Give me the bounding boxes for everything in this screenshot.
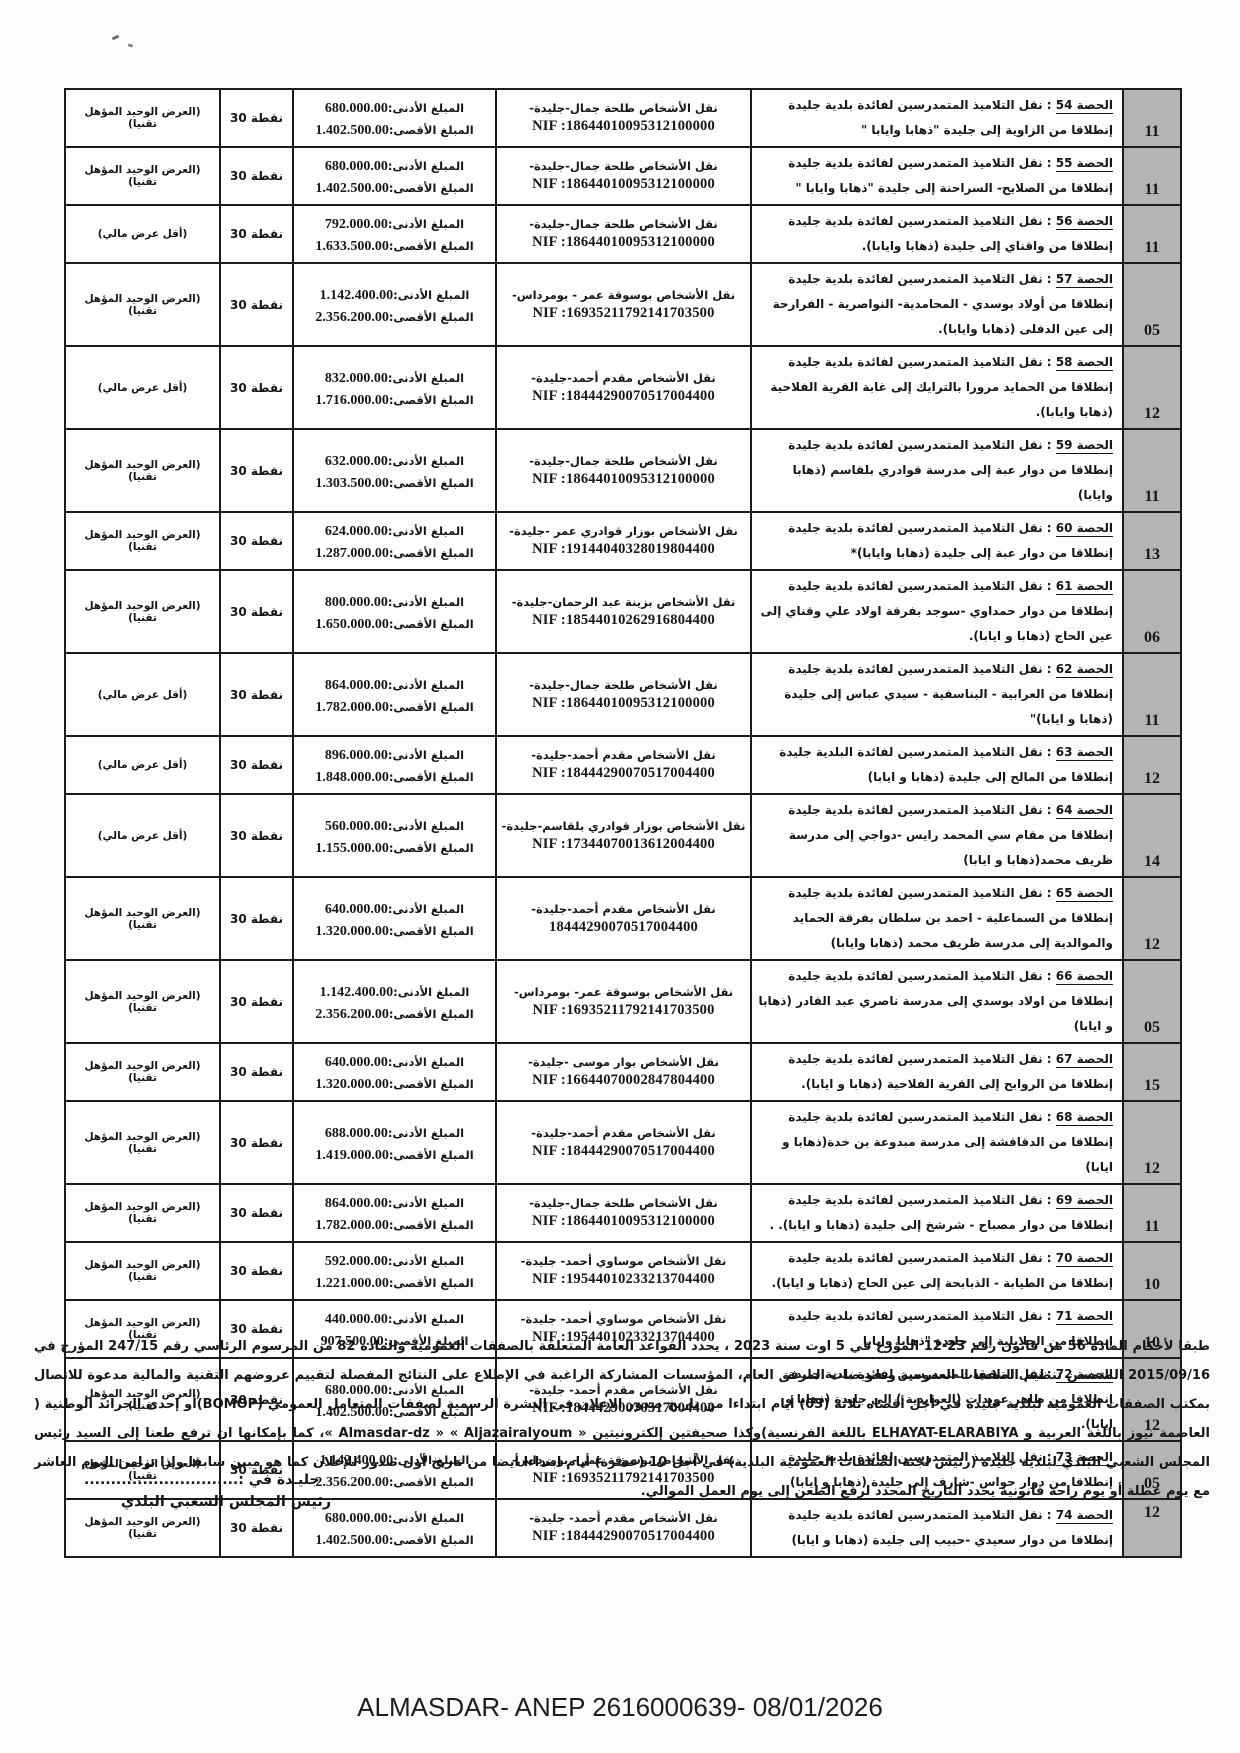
lot-description-cell: الحصة 67 : نقل التلاميذ المتمدرسين لفائد… xyxy=(750,1044,1122,1100)
max-amount-line: المبلغ الأقصى:1.155.000.00 xyxy=(298,837,491,857)
points-cell: 30 نقطة xyxy=(219,878,292,959)
min-amount-line: المبلغ الأدنى:792.000.00 xyxy=(298,213,491,233)
contractor-name: نقل الأشخاص طلحة جمال-جليدة- xyxy=(529,454,718,468)
lot-serial-number: 11 xyxy=(1144,1218,1159,1236)
table-row: 12 الحصة 68 : نقل التلاميذ المتمدرسين لف… xyxy=(66,1100,1180,1183)
contractor-cell: نقل الأشخاص طلحة جمال-جليدة- NIF :186440… xyxy=(495,1185,750,1241)
max-amount-value: 1.848.000.00 xyxy=(315,770,389,785)
points-value: 30 نقطة xyxy=(230,1206,283,1220)
observation-text: (العرض الوحيد المؤهل تقنيا) xyxy=(71,600,214,624)
contractor-name: نقل الأشخاص بزينة عبد الرحمان-جليدة- xyxy=(512,595,736,609)
scan-artifact xyxy=(112,35,120,41)
contractor-nif: NIF :16935211792141703500 xyxy=(532,1002,714,1019)
points-cell: 30 نقطة xyxy=(219,90,292,146)
points-cell: 30 نقطة xyxy=(219,513,292,569)
amounts-cell: المبلغ الأدنى:640.000.00 المبلغ الأقصى:1… xyxy=(292,1044,495,1100)
lot-description-cell: الحصة 66 : نقل التلاميذ المتمدرسين لفائد… xyxy=(750,961,1122,1042)
points-value: 30 نقطة xyxy=(230,381,283,395)
contractor-cell: نقل الأشخاص مقدم أحمد-جليدة- NIF :184442… xyxy=(495,1102,750,1183)
lot-serial-cell: 15 xyxy=(1122,1044,1180,1100)
contractor-nif: NIF :19544010233213704400 xyxy=(532,1271,715,1288)
observation-cell: (العرض الوحيد المؤهل تقنيا) xyxy=(66,264,219,345)
lot-serial-cell: 12 xyxy=(1122,1102,1180,1183)
table-row: 14 الحصة 64 : نقل التلاميذ المتمدرسين لف… xyxy=(66,793,1180,876)
contractor-name: نقل الأشخاص مقدم أحمد-جليدة- xyxy=(531,1126,715,1140)
min-amount-label: المبلغ الأدنى: xyxy=(388,1254,464,1268)
observation-cell: (أقل عرض مالي) xyxy=(66,654,219,735)
points-cell: 30 نقطة xyxy=(219,571,292,652)
min-amount-line: المبلغ الأدنى:680.000.00 xyxy=(298,1507,491,1527)
lot-serial-cell: 11 xyxy=(1122,206,1180,262)
max-amount-line: المبلغ الأقصى:1.848.000.00 xyxy=(298,766,491,786)
max-amount-value: 1.320.000.00 xyxy=(315,924,389,939)
observation-cell: (العرض الوحيد المؤهل تقنيا) xyxy=(66,1044,219,1100)
max-amount-line: المبلغ الأقصى:1.221.000.00 xyxy=(298,1272,491,1292)
min-amount-value: 632.000.00 xyxy=(325,454,388,469)
min-amount-label: المبلغ الأدنى: xyxy=(388,1055,464,1069)
lot-serial-number: 12 xyxy=(1144,770,1160,788)
lot-serial-number: 11 xyxy=(1144,488,1159,506)
observation-cell: (العرض الوحيد المؤهل تقنيا) xyxy=(66,513,219,569)
amounts-cell: المبلغ الأدنى:680.000.00 المبلغ الأقصى:1… xyxy=(292,90,495,146)
max-amount-label: المبلغ الأقصى: xyxy=(389,239,474,253)
amounts-cell: المبلغ الأدنى:632.000.00 المبلغ الأقصى:1… xyxy=(292,430,495,511)
lot-serial-cell: 12 xyxy=(1122,347,1180,428)
contractor-nif: NIF :19144040328019804400 xyxy=(532,541,715,558)
signature-block: جليـدة في :.............................… xyxy=(84,1472,424,1510)
lot-description-cell: الحصة 58 : نقل التلاميذ المتمدرسين لفائد… xyxy=(750,347,1122,428)
max-amount-line: المبلغ الأقصى:2.356.200.00 xyxy=(298,1003,491,1023)
points-value: 30 نقطة xyxy=(230,534,283,548)
lot-number-label: الحصة 59 xyxy=(1056,438,1113,454)
points-cell: 30 نقطة xyxy=(219,148,292,204)
contractor-name: نقل الأشخاص بوسوقة عمر - بومرداس- xyxy=(512,288,735,302)
max-amount-value: 1.419.000.00 xyxy=(315,1148,389,1163)
min-amount-label: المبلغ الأدنى: xyxy=(388,678,464,692)
max-amount-label: المبلغ الأقصى: xyxy=(389,123,474,137)
table-row: 11 الحصة 54 : نقل التلاميذ المتمدرسين لف… xyxy=(66,90,1180,146)
observation-text: (أقل عرض مالي) xyxy=(98,759,188,771)
max-amount-line: المبلغ الأقصى:2.356.200.00 xyxy=(298,306,491,326)
max-amount-value: 2.356.200.00 xyxy=(315,1007,389,1022)
max-amount-label: المبلغ الأقصى: xyxy=(389,1218,474,1232)
lot-serial-number: 15 xyxy=(1144,1077,1160,1095)
observation-cell: (أقل عرض مالي) xyxy=(66,347,219,428)
points-cell: 30 نقطة xyxy=(219,347,292,428)
lot-serial-cell: 11 xyxy=(1122,430,1180,511)
lot-description-cell: الحصة 55 : نقل التلاميذ المتمدرسين لفائد… xyxy=(750,148,1122,204)
anep-footer-line: ALMASDAR- ANEP 2616000639- 08/01/2026 xyxy=(0,1692,1240,1723)
lot-number-label: الحصة 54 xyxy=(1056,98,1113,114)
min-amount-label: المبلغ الأدنى: xyxy=(388,1312,464,1326)
observation-text: (العرض الوحيد المؤهل تقنيا) xyxy=(71,529,214,553)
min-amount-label: المبلغ الأدنى: xyxy=(388,595,464,609)
min-amount-value: 680.000.00 xyxy=(325,101,388,116)
points-cell: 30 نقطة xyxy=(219,206,292,262)
max-amount-line: المبلغ الأقصى:1.303.500.00 xyxy=(298,472,491,492)
amounts-cell: المبلغ الأدنى:624.000.00 المبلغ الأقصى:1… xyxy=(292,513,495,569)
observation-cell: (العرض الوحيد المؤهل تقنيا) xyxy=(66,148,219,204)
min-amount-label: المبلغ الأدنى: xyxy=(388,217,464,231)
lot-description-cell: الحصة 63 : نقل التلاميذ المتمدرسين لفائد… xyxy=(750,737,1122,793)
lot-serial-number: 12 xyxy=(1144,1504,1160,1522)
contractor-name: نقل الأشخاص بوزار قوادري بلقاسم-جليدة- xyxy=(502,819,746,833)
max-amount-line: المبلغ الأقصى:1.402.500.00 xyxy=(298,177,491,197)
lot-number-label: الحصة 58 xyxy=(1056,355,1113,371)
points-value: 30 نقطة xyxy=(230,169,283,183)
lot-serial-cell: 12 xyxy=(1122,1500,1180,1556)
lot-description-cell: الحصة 62 : نقل التلاميذ المتمدرسين لفائد… xyxy=(750,654,1122,735)
max-amount-value: 1.320.000.00 xyxy=(315,1077,389,1092)
contractor-nif: NIF :18444290070517004400 xyxy=(532,1143,715,1160)
max-amount-label: المبلغ الأقصى: xyxy=(389,841,474,855)
lot-number-label: الحصة 56 xyxy=(1056,214,1113,230)
contractor-name: نقل الأشخاص طلحة جمال-جليدة- xyxy=(529,678,718,692)
contractor-nif: NIF :18644010095312100000 xyxy=(532,1213,715,1230)
max-amount-line: المبلغ الأقصى:1.402.500.00 xyxy=(298,1529,491,1549)
lot-number-label: الحصة 69 xyxy=(1056,1193,1113,1209)
amounts-cell: المبلغ الأدنى:832.000.00 المبلغ الأقصى:1… xyxy=(292,347,495,428)
table-row: 10 الحصة 70 : نقل التلاميذ المتمدرسين لف… xyxy=(66,1241,1180,1299)
lot-serial-cell: 12 xyxy=(1122,878,1180,959)
amounts-cell: المبلغ الأدنى:896.000.00 المبلغ الأقصى:1… xyxy=(292,737,495,793)
max-amount-value: 1.716.000.00 xyxy=(315,393,389,408)
table-row: 11 الحصة 59 : نقل التلاميذ المتمدرسين لف… xyxy=(66,428,1180,511)
amounts-cell: المبلغ الأدنى:640.000.00 المبلغ الأقصى:1… xyxy=(292,878,495,959)
observation-cell: (العرض الوحيد المؤهل تقنيا) xyxy=(66,571,219,652)
max-amount-label: المبلغ الأقصى: xyxy=(389,181,474,195)
lot-serial-cell: 11 xyxy=(1122,1185,1180,1241)
contractor-name: نقل الأشخاص موساوي أحمد- جليدة- xyxy=(521,1254,727,1268)
lot-serial-number: 13 xyxy=(1144,546,1160,564)
contractor-nif: NIF :18644010095312100000 xyxy=(532,118,715,135)
amounts-cell: المبلغ الأدنى:1.142.400.00 المبلغ الأقصى… xyxy=(292,264,495,345)
min-amount-value: 832.000.00 xyxy=(325,371,388,386)
observation-cell: (أقل عرض مالي) xyxy=(66,206,219,262)
contractor-nif: NIF :18444290070517004400 xyxy=(532,765,715,782)
min-amount-line: المبلغ الأدنى:592.000.00 xyxy=(298,1250,491,1270)
lot-serial-number: 14 xyxy=(1144,853,1160,871)
min-amount-line: المبلغ الأدنى:864.000.00 xyxy=(298,1192,491,1212)
max-amount-line: المبلغ الأقصى:1.287.000.00 xyxy=(298,542,491,562)
max-amount-label: المبلغ الأقصى: xyxy=(389,1276,474,1290)
lot-description-cell: الحصة 57 : نقل التلاميذ المتمدرسين لفائد… xyxy=(750,264,1122,345)
lot-serial-number: 11 xyxy=(1144,181,1159,199)
contractor-cell: نقل الأشخاص مقدم أحمد- جليدة- NIF :18444… xyxy=(495,1500,750,1556)
max-amount-value: 1.782.000.00 xyxy=(315,700,389,715)
max-amount-line: المبلغ الأقصى:1.650.000.00 xyxy=(298,613,491,633)
min-amount-value: 440.000.00 xyxy=(325,1312,388,1327)
min-amount-line: المبلغ الأدنى:1.142.400.00 xyxy=(298,981,491,1001)
lot-number-label: الحصة 66 xyxy=(1056,969,1113,985)
table-row: 12 الحصة 63 : نقل التلاميذ المتمدرسين لف… xyxy=(66,735,1180,793)
points-value: 30 نقطة xyxy=(230,758,283,772)
contractor-cell: نقل الأشخاص بوار موسى -جليدة- NIF :16644… xyxy=(495,1044,750,1100)
amounts-cell: المبلغ الأدنى:688.000.00 المبلغ الأقصى:1… xyxy=(292,1102,495,1183)
min-amount-line: المبلغ الأدنى:632.000.00 xyxy=(298,450,491,470)
min-amount-value: 680.000.00 xyxy=(325,1511,388,1526)
max-amount-value: 1.303.500.00 xyxy=(315,476,389,491)
contractor-name: نقل الأشخاص موساوي أحمد- جليدة- xyxy=(521,1312,727,1326)
amounts-cell: المبلغ الأدنى:592.000.00 المبلغ الأقصى:1… xyxy=(292,1243,495,1299)
min-amount-label: المبلغ الأدنى: xyxy=(388,748,464,762)
contractor-nif: NIF :18644010095312100000 xyxy=(532,176,715,193)
contractor-name: نقل الأشخاص طلحة جمال-جليدة- xyxy=(529,159,718,173)
min-amount-label: المبلغ الأدنى: xyxy=(388,1126,464,1140)
min-amount-line: المبلغ الأدنى:864.000.00 xyxy=(298,674,491,694)
points-cell: 30 نقطة xyxy=(219,795,292,876)
observation-cell: (العرض الوحيد المؤهل تقنيا) xyxy=(66,961,219,1042)
observation-text: (العرض الوحيد المؤهل تقنيا) xyxy=(71,164,214,188)
scan-artifact xyxy=(128,43,134,47)
lot-serial-number: 11 xyxy=(1144,239,1159,257)
contractor-nif: NIF :16935211792141703500 xyxy=(532,305,714,322)
points-value: 30 نقطة xyxy=(230,1065,283,1079)
min-amount-label: المبلغ الأدنى: xyxy=(388,819,464,833)
scanned-tender-results-page: 11 الحصة 54 : نقل التلاميذ المتمدرسين لف… xyxy=(0,0,1240,1753)
max-amount-label: المبلغ الأقصى: xyxy=(389,1148,474,1162)
lot-serial-cell: 13 xyxy=(1122,513,1180,569)
observation-cell: (العرض الوحيد المؤهل تقنيا) xyxy=(66,1243,219,1299)
min-amount-value: 792.000.00 xyxy=(325,217,388,232)
lot-serial-number: 11 xyxy=(1144,712,1159,730)
max-amount-label: المبلغ الأقصى: xyxy=(389,700,474,714)
min-amount-label: المبلغ الأدنى: xyxy=(393,288,469,302)
contractor-cell: نقل الأشخاص مقدم أحمد-جليدة- NIF :184442… xyxy=(495,347,750,428)
table-row: 11 الحصة 55 : نقل التلاميذ المتمدرسين لف… xyxy=(66,146,1180,204)
lot-description-cell: الحصة 64 : نقل التلاميذ المتمدرسين لفائد… xyxy=(750,795,1122,876)
contractor-nif: NIF :18544010262916804400 xyxy=(532,612,715,629)
min-amount-label: المبلغ الأدنى: xyxy=(388,1196,464,1210)
points-value: 30 نقطة xyxy=(230,111,283,125)
observation-text: (العرض الوحيد المؤهل تقنيا) xyxy=(71,990,214,1014)
max-amount-value: 1.402.500.00 xyxy=(315,181,389,196)
lot-serial-cell: 11 xyxy=(1122,90,1180,146)
contractor-nif: NIF :17344070013612004400 xyxy=(532,836,715,853)
lot-serial-number: 11 xyxy=(1144,123,1159,141)
observation-text: (أقل عرض مالي) xyxy=(98,689,188,701)
points-value: 30 نقطة xyxy=(230,1521,283,1535)
points-cell: 30 نقطة xyxy=(219,737,292,793)
lot-number-label: الحصة 60 xyxy=(1056,521,1113,537)
signature-title-line: رئيس المجلس الشعبي البلدي xyxy=(84,1494,424,1510)
lot-number-label: الحصة 57 xyxy=(1056,272,1113,288)
amounts-cell: المبلغ الأدنى:800.000.00 المبلغ الأقصى:1… xyxy=(292,571,495,652)
amounts-cell: المبلغ الأدنى:680.000.00 المبلغ الأقصى:1… xyxy=(292,148,495,204)
points-value: 30 نقطة xyxy=(230,227,283,241)
amounts-cell: المبلغ الأدنى:864.000.00 المبلغ الأقصى:1… xyxy=(292,1185,495,1241)
min-amount-value: 592.000.00 xyxy=(325,1254,388,1269)
contractor-cell: نقل الأشخاص بوزار قوادري بلقاسم-جليدة- N… xyxy=(495,795,750,876)
contractor-cell: نقل الأشخاص مقدم أحمد-جليدة- 18444290070… xyxy=(495,878,750,959)
min-amount-label: المبلغ الأدنى: xyxy=(393,985,469,999)
lot-description-cell: الحصة 61 : نقل التلاميذ المتمدرسين لفائد… xyxy=(750,571,1122,652)
table-row: 05 الحصة 57 : نقل التلاميذ المتمدرسين لف… xyxy=(66,262,1180,345)
contractor-name: نقل الأشخاص مقدم أحمد-جليدة- xyxy=(531,902,715,916)
points-value: 30 نقطة xyxy=(230,912,283,926)
table-row: 11 الحصة 69 : نقل التلاميذ المتمدرسين لف… xyxy=(66,1183,1180,1241)
contractor-cell: نقل الأشخاص طلحة جمال-جليدة- NIF :186440… xyxy=(495,90,750,146)
table-row: 05 الحصة 66 : نقل التلاميذ المتمدرسين لف… xyxy=(66,959,1180,1042)
lot-serial-cell: 11 xyxy=(1122,654,1180,735)
min-amount-line: المبلغ الأدنى:688.000.00 xyxy=(298,1122,491,1142)
points-cell: 30 نقطة xyxy=(219,1185,292,1241)
max-amount-value: 1.287.000.00 xyxy=(315,546,389,561)
min-amount-label: المبلغ الأدنى: xyxy=(388,902,464,916)
min-amount-value: 640.000.00 xyxy=(325,1055,388,1070)
lot-number-label: الحصة 74 xyxy=(1056,1508,1113,1524)
table-row: 12 الحصة 58 : نقل التلاميذ المتمدرسين لف… xyxy=(66,345,1180,428)
min-amount-line: المبلغ الأدنى:624.000.00 xyxy=(298,520,491,540)
observation-text: (العرض الوحيد المؤهل تقنيا) xyxy=(71,1259,214,1283)
max-amount-line: المبلغ الأقصى:1.402.500.00 xyxy=(298,119,491,139)
observation-text: (العرض الوحيد المؤهل تقنيا) xyxy=(71,1060,214,1084)
min-amount-value: 680.000.00 xyxy=(325,159,388,174)
points-value: 30 نقطة xyxy=(230,1136,283,1150)
contractor-cell: نقل الأشخاص طلحة جمال-جليدة- NIF :186440… xyxy=(495,430,750,511)
lot-description-cell: الحصة 59 : نقل التلاميذ المتمدرسين لفائد… xyxy=(750,430,1122,511)
lot-serial-number: 10 xyxy=(1144,1276,1160,1294)
min-amount-value: 896.000.00 xyxy=(325,748,388,763)
min-amount-value: 640.000.00 xyxy=(325,902,388,917)
observation-text: (العرض الوحيد المؤهل تقنيا) xyxy=(71,907,214,931)
observation-text: (أقل عرض مالي) xyxy=(98,830,188,842)
min-amount-value: 560.000.00 xyxy=(325,819,388,834)
lot-description-cell: الحصة 69 : نقل التلاميذ المتمدرسين لفائد… xyxy=(750,1185,1122,1241)
max-amount-value: 1.221.000.00 xyxy=(315,1276,389,1291)
table-row: 11 الحصة 62 : نقل التلاميذ المتمدرسين لف… xyxy=(66,652,1180,735)
lot-description-cell: الحصة 65 : نقل التلاميذ المتمدرسين لفائد… xyxy=(750,878,1122,959)
min-amount-line: المبلغ الأدنى:640.000.00 xyxy=(298,1051,491,1071)
max-amount-value: 1.402.500.00 xyxy=(315,1533,389,1548)
max-amount-line: المبلغ الأقصى:1.633.500.00 xyxy=(298,235,491,255)
observation-cell: (أقل عرض مالي) xyxy=(66,795,219,876)
max-amount-line: المبلغ الأقصى:1.320.000.00 xyxy=(298,1073,491,1093)
max-amount-value: 2.356.200.00 xyxy=(315,310,389,325)
signature-place-date-line: جليـدة في :............................. xyxy=(84,1472,424,1488)
amounts-cell: المبلغ الأدنى:560.000.00 المبلغ الأقصى:1… xyxy=(292,795,495,876)
max-amount-label: المبلغ الأقصى: xyxy=(389,476,474,490)
table-row: 06 الحصة 61 : نقل التلاميذ المتمدرسين لف… xyxy=(66,569,1180,652)
lot-number-label: الحصة 71 xyxy=(1056,1309,1113,1325)
observation-text: (العرض الوحيد المؤهل تقنيا) xyxy=(71,459,214,483)
observation-text: (أقل عرض مالي) xyxy=(98,228,188,240)
contractor-cell: نقل الأشخاص طلحة جمال-جليدة- NIF :186440… xyxy=(495,206,750,262)
contractor-cell: نقل الأشخاص طلحة جمال-جليدة- NIF :186440… xyxy=(495,654,750,735)
points-value: 30 نقطة xyxy=(230,995,283,1009)
contractor-cell: نقل الأشخاص بزينة عبد الرحمان-جليدة- NIF… xyxy=(495,571,750,652)
lot-serial-cell: 11 xyxy=(1122,148,1180,204)
lot-description-cell: الحصة 70 : نقل التلاميذ المتمدرسين لفائد… xyxy=(750,1243,1122,1299)
min-amount-line: المبلغ الأدنى:680.000.00 xyxy=(298,97,491,117)
observation-text: (العرض الوحيد المؤهل تقنيا) xyxy=(71,1516,214,1540)
contractor-name: نقل الأشخاص مقدم أحمد-جليدة- xyxy=(531,748,715,762)
lot-serial-cell: 05 xyxy=(1122,961,1180,1042)
min-amount-line: المبلغ الأدنى:640.000.00 xyxy=(298,898,491,918)
observation-cell: (العرض الوحيد المؤهل تقنيا) xyxy=(66,1102,219,1183)
points-cell: 30 نقطة xyxy=(219,1243,292,1299)
min-amount-line: المبلغ الأدنى:800.000.00 xyxy=(298,591,491,611)
lot-description-cell: الحصة 60 : نقل التلاميذ المتمدرسين لفائد… xyxy=(750,513,1122,569)
lot-number-label: الحصة 63 xyxy=(1056,745,1113,761)
points-cell: 30 نقطة xyxy=(219,430,292,511)
min-amount-line: المبلغ الأدنى:560.000.00 xyxy=(298,815,491,835)
max-amount-value: 1.155.000.00 xyxy=(315,841,389,856)
lot-serial-number: 12 xyxy=(1144,1160,1160,1178)
contractor-name: نقل الأشخاص بوسوقة عمر- بومرداس- xyxy=(514,985,733,999)
max-amount-line: المبلغ الأقصى:1.716.000.00 xyxy=(298,389,491,409)
points-value: 30 نقطة xyxy=(230,298,283,312)
lot-serial-cell: 06 xyxy=(1122,571,1180,652)
observation-cell: (العرض الوحيد المؤهل تقنيا) xyxy=(66,90,219,146)
max-amount-label: المبلغ الأقصى: xyxy=(389,1007,474,1021)
contractor-cell: نقل الأشخاص طلحة جمال-جليدة- NIF :186440… xyxy=(495,148,750,204)
observation-text: (العرض الوحيد المؤهل تقنيا) xyxy=(71,293,214,317)
min-amount-line: المبلغ الأدنى:440.000.00 xyxy=(298,1308,491,1328)
max-amount-label: المبلغ الأقصى: xyxy=(389,924,474,938)
points-value: 30 نقطة xyxy=(230,1264,283,1278)
min-amount-line: المبلغ الأدنى:832.000.00 xyxy=(298,367,491,387)
contractor-nif: NIF :18644010095312100000 xyxy=(532,234,715,251)
lot-number-label: الحصة 65 xyxy=(1056,886,1113,902)
contractor-name: نقل الأشخاص مقدم أحمد-جليدة- xyxy=(531,371,715,385)
observation-cell: (العرض الوحيد المؤهل تقنيا) xyxy=(66,878,219,959)
amounts-cell: المبلغ الأدنى:864.000.00 المبلغ الأقصى:1… xyxy=(292,654,495,735)
max-amount-value: 1.633.500.00 xyxy=(315,239,389,254)
lot-serial-number: 06 xyxy=(1144,629,1160,647)
lot-serial-cell: 12 xyxy=(1122,737,1180,793)
max-amount-line: المبلغ الأقصى:1.782.000.00 xyxy=(298,1214,491,1234)
observation-cell: (العرض الوحيد المؤهل تقنيا) xyxy=(66,1185,219,1241)
max-amount-label: المبلغ الأقصى: xyxy=(389,1077,474,1091)
lot-description-cell: الحصة 74 : نقل التلاميذ المتمدرسين لفائد… xyxy=(750,1500,1122,1556)
lot-serial-number: 12 xyxy=(1144,405,1160,423)
max-amount-label: المبلغ الأقصى: xyxy=(389,546,474,560)
contractor-name: نقل الأشخاص طلحة جمال-جليدة- xyxy=(529,101,718,115)
min-amount-value: 1.142.400.00 xyxy=(320,985,394,1000)
contractor-name: نقل الأشخاص طلحة جمال-جليدة- xyxy=(529,1196,718,1210)
observation-text: (العرض الوحيد المؤهل تقنيا) xyxy=(71,106,214,130)
observation-text: (العرض الوحيد المؤهل تقنيا) xyxy=(71,1201,214,1225)
observation-text: (العرض الوحيد المؤهل تقنيا) xyxy=(71,1131,214,1155)
lot-description-cell: الحصة 68 : نقل التلاميذ المتمدرسين لفائد… xyxy=(750,1102,1122,1183)
max-amount-line: المبلغ الأقصى:1.320.000.00 xyxy=(298,920,491,940)
contractor-nif: NIF :18444290070517004400 xyxy=(532,1528,715,1545)
contractor-nif: NIF :18444290070517004400 xyxy=(532,388,715,405)
lot-serial-cell: 10 xyxy=(1122,1243,1180,1299)
points-value: 30 نقطة xyxy=(230,688,283,702)
contractor-cell: نقل الأشخاص مقدم أحمد-جليدة- NIF :184442… xyxy=(495,737,750,793)
min-amount-label: المبلغ الأدنى: xyxy=(388,159,464,173)
lot-serial-cell: 05 xyxy=(1122,264,1180,345)
observation-text: (أقل عرض مالي) xyxy=(98,382,188,394)
min-amount-value: 1.142.400.00 xyxy=(320,288,394,303)
lot-number-label: الحصة 68 xyxy=(1056,1110,1113,1126)
contractor-name: نقل الأشخاص مقدم أحمد- جليدة- xyxy=(529,1511,717,1525)
points-cell: 30 نقطة xyxy=(219,264,292,345)
min-amount-line: المبلغ الأدنى:896.000.00 xyxy=(298,744,491,764)
max-amount-value: 1.782.000.00 xyxy=(315,1218,389,1233)
lot-number-label: الحصة 62 xyxy=(1056,662,1113,678)
min-amount-value: 800.000.00 xyxy=(325,595,388,610)
observation-cell: (العرض الوحيد المؤهل تقنيا) xyxy=(66,430,219,511)
min-amount-line: المبلغ الأدنى:1.142.400.00 xyxy=(298,284,491,304)
min-amount-value: 624.000.00 xyxy=(325,524,388,539)
max-amount-line: المبلغ الأقصى:1.782.000.00 xyxy=(298,696,491,716)
points-value: 30 نقطة xyxy=(230,464,283,478)
lot-number-label: الحصة 64 xyxy=(1056,803,1113,819)
contractor-cell: نقل الأشخاص بوسوقة عمر - بومرداس- NIF :1… xyxy=(495,264,750,345)
